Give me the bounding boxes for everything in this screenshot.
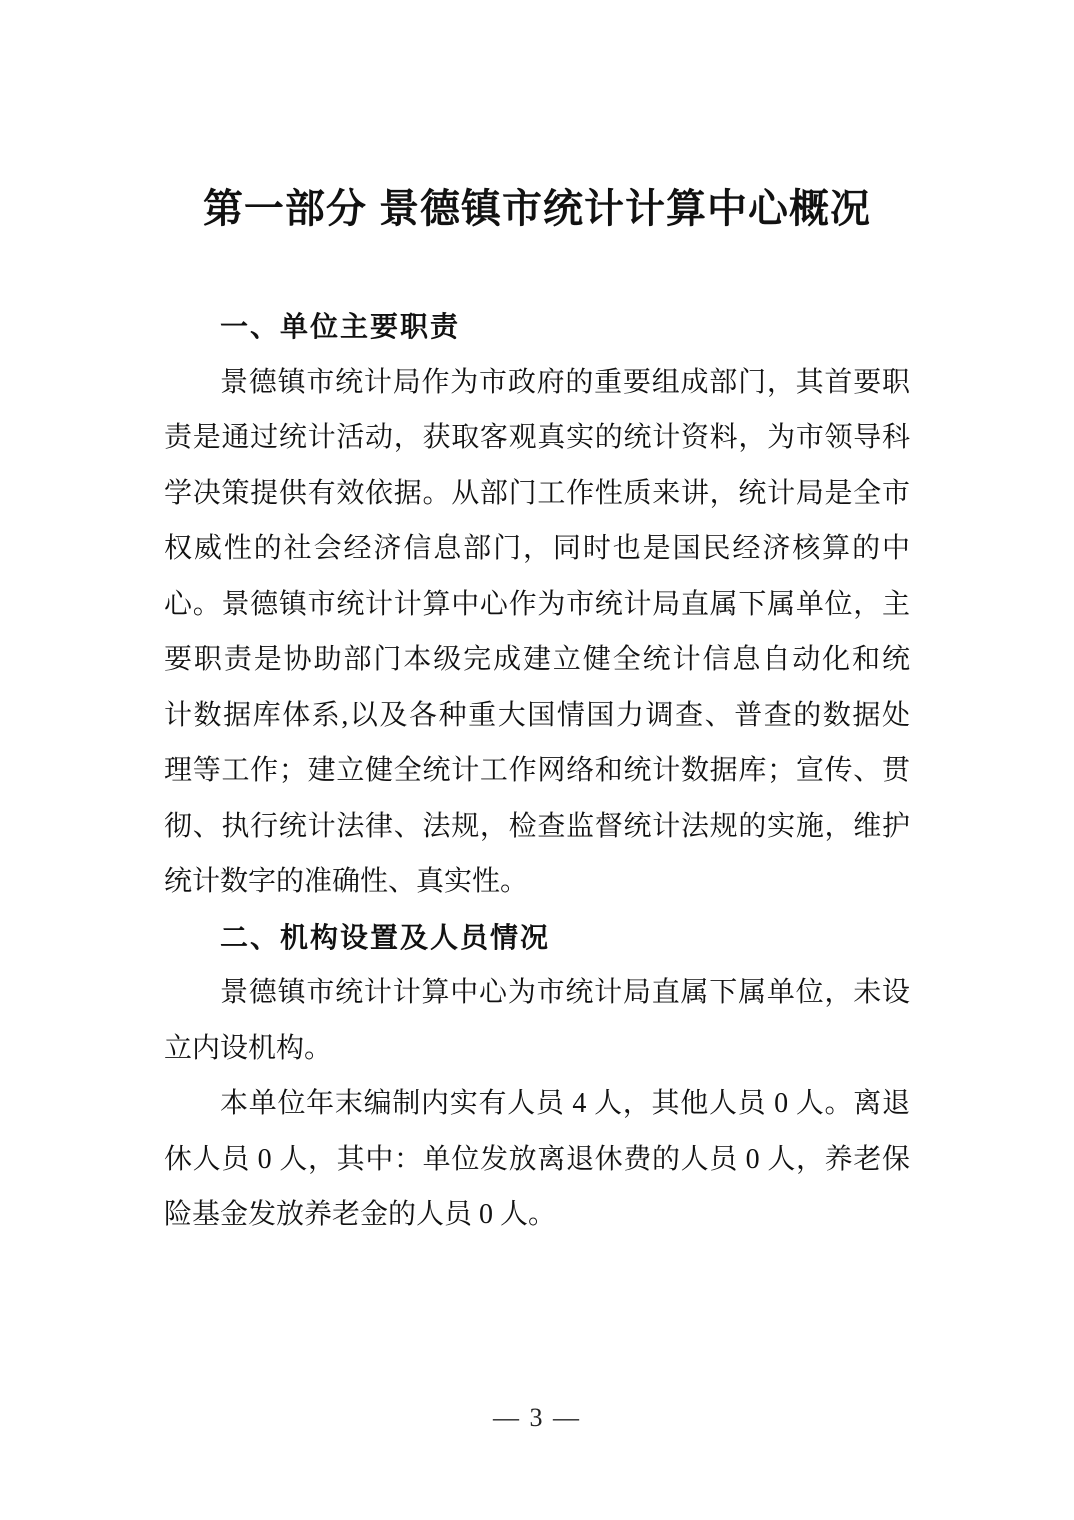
section-2-paragraph-2: 本单位年末编制内实有人员 4 人，其他人员 0 人。离退 休人员 0 人，其中：… <box>164 1076 910 1243</box>
text-line: 休人员 0 人，其中：单位发放离退休费的人员 0 人，养老保 <box>164 1132 910 1188</box>
text-line: 心。景德镇市统计计算中心作为市统计局直属下属单位，主 <box>164 577 910 633</box>
text-line: 权威性的社会经济信息部门，同时也是国民经济核算的中 <box>164 521 910 577</box>
section-1-paragraph-1: 景德镇市统计局作为市政府的重要组成部门，其首要职 责是通过统计活动，获取客观真实… <box>164 355 910 910</box>
text-line: 景德镇市统计局作为市政府的重要组成部门，其首要职 <box>164 355 910 411</box>
text-line: 统计数字的准确性、真实性。 <box>164 854 910 910</box>
document-content: 第一部分 景德镇市统计计算中心概况 一、单位主要职责 景德镇市统计局作为市政府的… <box>164 0 910 1243</box>
section-heading-2: 二、机构设置及人员情况 <box>164 910 910 966</box>
section-2-paragraph-1: 景德镇市统计计算中心为市统计局直属下属单位，未设 立内设机构。 <box>164 965 910 1076</box>
text-line: 立内设机构。 <box>164 1021 910 1077</box>
text-line: 险基金发放养老金的人员 0 人。 <box>164 1187 910 1243</box>
section-heading-1: 一、单位主要职责 <box>164 299 910 355</box>
text-line: 计数据库体系,以及各种重大国情国力调查、普查的数据处 <box>164 688 910 744</box>
document-body: 一、单位主要职责 景德镇市统计局作为市政府的重要组成部门，其首要职 责是通过统计… <box>164 299 910 1243</box>
text-line: 责是通过统计活动，获取客观真实的统计资料，为市领导科 <box>164 410 910 466</box>
text-line: 彻、执行统计法律、法规，检查监督统计法规的实施，维护 <box>164 799 910 855</box>
text-line: 景德镇市统计计算中心为市统计局直属下属单位，未设 <box>164 965 910 1021</box>
document-page: 第一部分 景德镇市统计计算中心概况 一、单位主要职责 景德镇市统计局作为市政府的… <box>0 0 1074 1520</box>
text-line: 要职责是协助部门本级完成建立健全统计信息自动化和统 <box>164 632 910 688</box>
text-line: 理等工作；建立健全统计工作网络和统计数据库；宣传、贯 <box>164 743 910 799</box>
text-line: 本单位年末编制内实有人员 4 人，其他人员 0 人。离退 <box>164 1076 910 1132</box>
page-number: — 3 — <box>0 1400 1074 1436</box>
text-line: 学决策提供有效依据。从部门工作性质来讲，统计局是全市 <box>164 466 910 522</box>
document-title: 第一部分 景德镇市统计计算中心概况 <box>164 183 910 235</box>
